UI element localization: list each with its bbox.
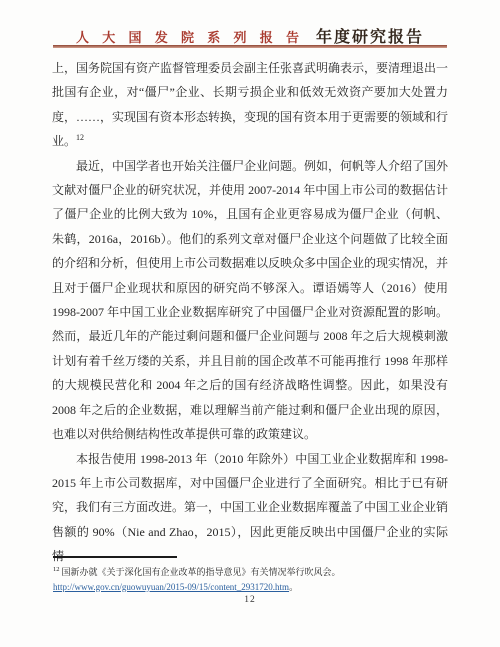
- body-paragraph: 最近，中国学者也开始关注僵尸企业问题。例如，何帆等人介绍了国外文献对僵尸企业的研…: [52, 154, 448, 447]
- body-paragraph: 上，国务院国有资产监督管理委员会副主任张喜武明确表示，要清理退出一批国有企业，对…: [52, 56, 448, 154]
- footnote-reference: 12: [76, 133, 84, 142]
- report-title: 年度研究报告: [316, 29, 424, 46]
- document-page: 人 大 国 发 院 系 列 报 告年度研究报告 上，国务院国有资产监督管理委员会…: [0, 0, 500, 647]
- paragraph-text: 本报告使用 1998-2013 年（2010 年除外）中国工业企业数据库和 19…: [52, 452, 448, 564]
- footnote-separator: [53, 556, 177, 558]
- paragraph-text: 上，国务院国有资产监督管理委员会副主任张喜武明确表示，要清理退出一批国有企业，对…: [52, 61, 448, 148]
- footnote-link[interactable]: http://www.gov.cn/guowuyuan/2015-09/15/c…: [53, 582, 289, 592]
- header-rule: [53, 45, 447, 48]
- page-number: 12: [0, 595, 500, 605]
- footnote: 12国新办就《关于深化国有企业改革的指导意见》有关情况举行吹风会。 http:/…: [53, 556, 449, 594]
- paragraph-text: 最近，中国学者也开始关注僵尸企业问题。例如，何帆等人介绍了国外文献对僵尸企业的研…: [52, 159, 448, 441]
- footnote-link-line: http://www.gov.cn/guowuyuan/2015-09/15/c…: [53, 580, 449, 595]
- footnote-marker: 12: [53, 566, 60, 573]
- footnote-text: 国新办就《关于深化国有企业改革的指导意见》有关情况举行吹风会。: [62, 567, 341, 577]
- footnote-line: 12国新办就《关于深化国有企业改革的指导意见》有关情况举行吹风会。: [53, 563, 449, 580]
- page-header: 人 大 国 发 院 系 列 报 告年度研究报告: [40, 24, 460, 47]
- series-title: 人 大 国 发 院 系 列 报 告: [76, 30, 304, 45]
- body-text: 上，国务院国有资产监督管理委员会副主任张喜武明确表示，要清理退出一批国有企业，对…: [52, 56, 448, 569]
- footnote-link-suffix: 。: [289, 582, 298, 592]
- body-paragraph: 本报告使用 1998-2013 年（2010 年除外）中国工业企业数据库和 19…: [52, 447, 448, 569]
